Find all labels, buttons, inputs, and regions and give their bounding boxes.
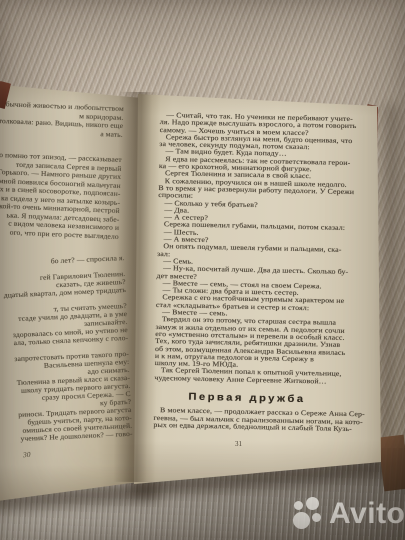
left-page-number: 30 <box>23 450 31 459</box>
avito-logo-icon <box>293 497 323 531</box>
right-page: — Считай, что так. Но ученики не перебив… <box>130 88 386 488</box>
chapter-first-lines: В моем классе, — продолжает рассказ о Се… <box>153 407 395 434</box>
right-page-body: — Считай, что так. Но ученики не перебив… <box>154 112 402 387</box>
left-page-text-bottom: бо лет? — спросила я. гей Гаврилович Тюл… <box>0 246 133 450</box>
avito-watermark-text: Avito <box>329 499 405 529</box>
avito-watermark: Avito <box>293 497 405 531</box>
book-photo: с обычной живостью и любопытствомм корид… <box>0 0 405 540</box>
left-page: с обычной живостью и любопытствомм корид… <box>0 78 152 508</box>
left-page-text-top: с обычной живостью и любопытствомм корид… <box>0 95 124 241</box>
right-page-text: — Считай, что так. Но ученики не перебив… <box>153 112 402 434</box>
chapter-heading: Первая дружба <box>154 393 340 404</box>
right-page-number: 31 <box>235 440 242 448</box>
